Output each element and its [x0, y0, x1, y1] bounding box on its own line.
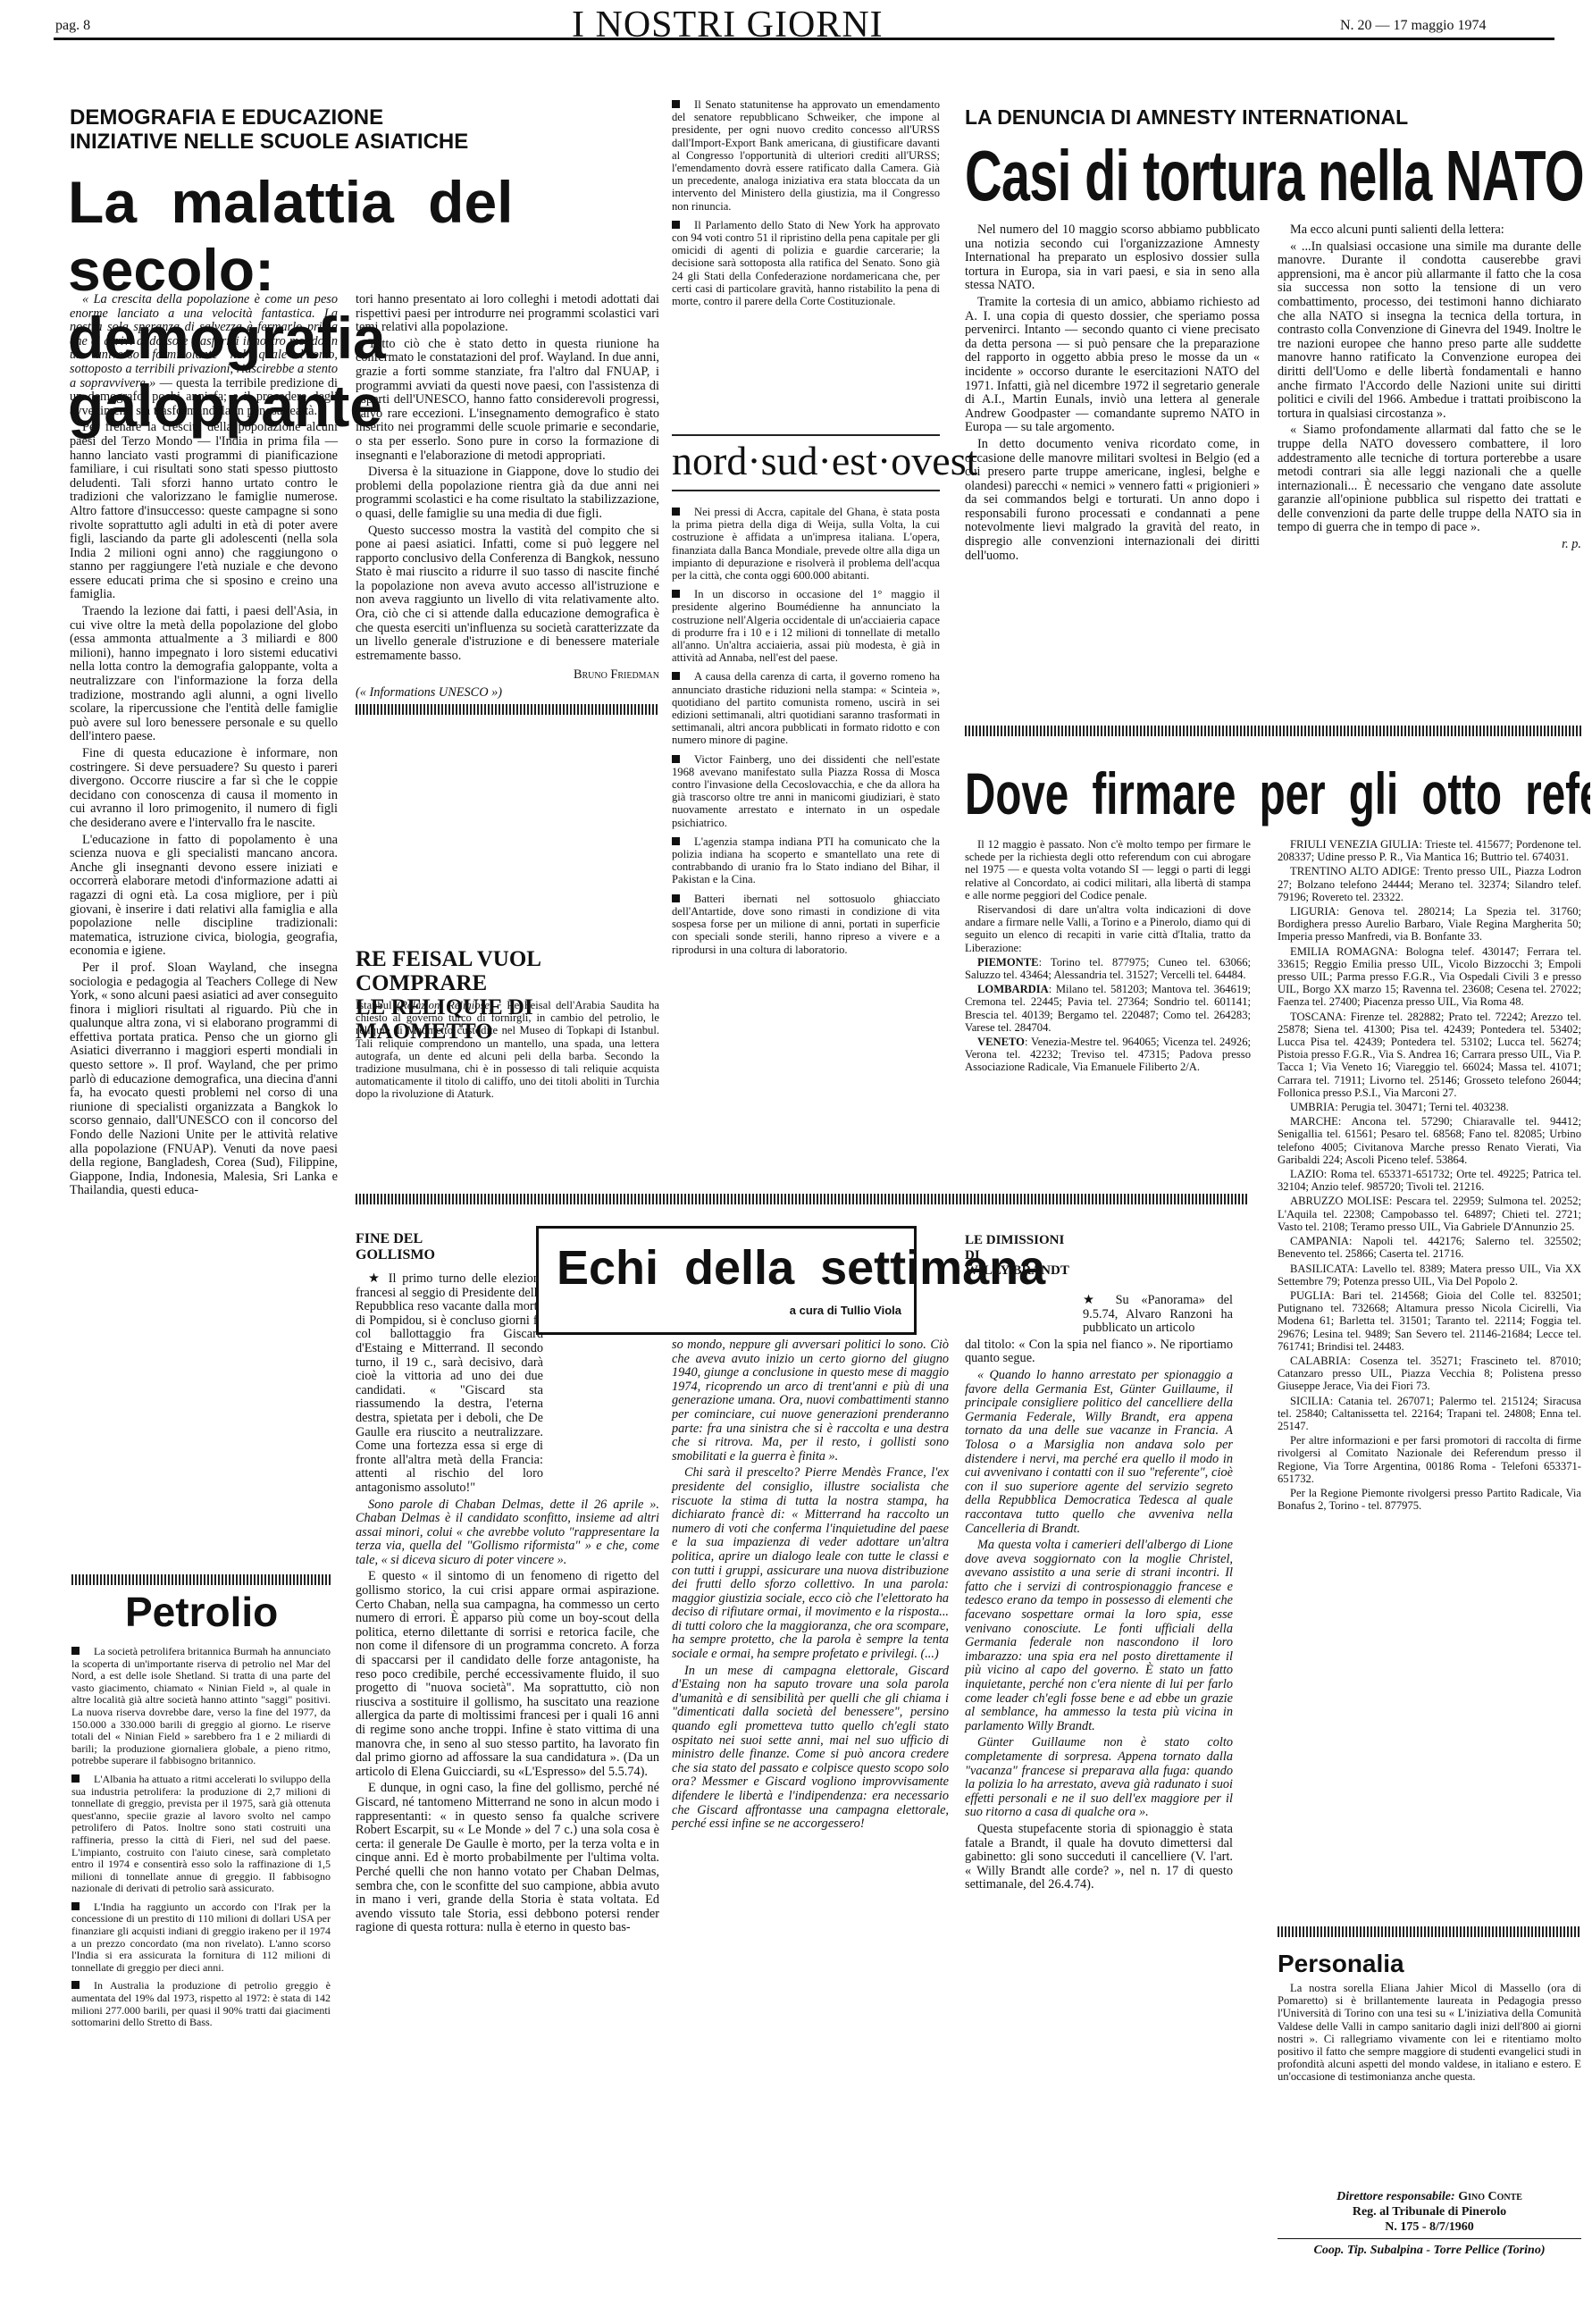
bullet-square-icon [672, 590, 680, 598]
region-item: LOMBARDIA: Milano tel. 581203; Mantova t… [965, 983, 1251, 1034]
section-divider [71, 1574, 331, 1585]
region-item: LAZIO: Roma tel. 653371-651732; Orte tel… [1278, 1168, 1581, 1193]
personalia-body: La nostra sorella Eliana Jahier Micol di… [1278, 1982, 1581, 2090]
echi-title-box: Echi della settimana a cura di Tullio Vi… [536, 1226, 917, 1335]
source-credit: (« Informations UNESCO ») [356, 686, 659, 701]
nord-sud-items: Nei pressi di Accra, capitale del Ghana,… [672, 506, 940, 962]
news-item: Batteri ibernati nel sottosuolo ghiaccia… [672, 893, 940, 956]
echi-column-1: so mondo, neppure gli avversari politici… [672, 1338, 949, 1834]
region-item: LIGURIA: Genova tel. 280214; La Spezia t… [1278, 905, 1581, 944]
author-signature: Bruno Friedman [356, 668, 659, 683]
news-item: L'Albania ha attuato a ritmi accelerati … [71, 1774, 331, 1895]
bullet-square-icon [672, 672, 680, 680]
section-rule [672, 490, 940, 491]
section-rule [672, 434, 940, 436]
page-number: pag. 8 [55, 18, 90, 34]
star-icon: ★ [368, 1271, 382, 1286]
brief-item: Il Parlamento dello Stato di New York ha… [672, 219, 940, 307]
section-divider [356, 1194, 1249, 1204]
bullet-square-icon [672, 755, 680, 763]
colophon: Direttore responsabile: Gino Conte Reg. … [1278, 2189, 1581, 2258]
amnesty-column-1: Nel numero del 10 maggio scorso abbiamo … [965, 223, 1260, 566]
referendum-headline: Dove firmare per gli otto referendum [965, 759, 1590, 827]
referendum-column-1: Il 12 maggio è passato. Non c'è molto te… [965, 838, 1251, 1076]
personalia-title: Personalia [1278, 1950, 1581, 1978]
brandt-body: ★ Su «Panorama» del 9.5.74, Alvaro Ranzo… [965, 1294, 1233, 1895]
bullet-square-icon [672, 837, 680, 845]
petrolio-items: La società petrolifera britannica Burmah… [71, 1646, 331, 2035]
section-divider [356, 704, 659, 715]
region-item: TOSCANA: Firenze tel. 282882; Prato tel.… [1278, 1011, 1581, 1099]
region-item: TRENTINO ALTO ADIGE: Trento presso UIL, … [1278, 865, 1581, 903]
region-item: VENETO: Venezia-Mestre tel. 964065; Vice… [965, 1036, 1251, 1074]
brandt-kicker: LE DIMISSIONI DI WILLY BRANDT [965, 1233, 1081, 1279]
region-item: FRIULI VENEZIA GIULIA: Trieste tel. 4156… [1278, 838, 1581, 863]
bullet-square-icon [71, 1902, 80, 1910]
region-item: EMILIA ROMAGNA: Bologna telef. 430147; F… [1278, 945, 1581, 1009]
region-item: CALABRIA: Cosenza tel. 35271; Frascineto… [1278, 1355, 1581, 1393]
news-item: In Australia la produzione di petrolio g… [71, 1980, 331, 2028]
bullet-square-icon [672, 100, 680, 108]
amnesty-column-2: Ma ecco alcuni punti salienti della lett… [1278, 223, 1581, 552]
colophon-rule [1278, 2238, 1581, 2239]
bullet-square-icon [71, 1647, 80, 1655]
news-item: A causa della carenza di carta, il gover… [672, 670, 940, 746]
feisal-body: Istanbul (Relazioni Religiose) · Re Feis… [356, 999, 659, 1107]
referendum-column-2: FRIULI VENEZIA GIULIA: Trieste tel. 4156… [1278, 838, 1581, 1514]
section-divider [1278, 1926, 1581, 1937]
demografia-column-1: « La crescita della popolazione è come u… [70, 293, 338, 1544]
news-item: In un discorso in occasione del 1° maggi… [672, 588, 940, 664]
region-item: BASILICATA: Lavello tel. 8389; Matera pr… [1278, 1263, 1581, 1288]
amnesty-headline: Casi di tortura nella NATO [965, 136, 1584, 216]
bullet-square-icon [672, 221, 680, 229]
region-item: MARCHE: Ancona tel. 57290; Chiaravalle t… [1278, 1115, 1581, 1166]
nord-sud-title: nord·sud·est·ovest [672, 438, 944, 484]
referendum-headline-wrap: Dove firmare per gli otto referendum [965, 759, 1590, 831]
news-item: L'agenzia stampa indiana PTI ha comunica… [672, 835, 940, 886]
region-item: PIEMONTE: Torino tel. 877975; Cuneo tel.… [965, 956, 1251, 981]
bullet-square-icon [672, 508, 680, 516]
region-item: PUGLIA: Bari tel. 214568; Gioia del Coll… [1278, 1289, 1581, 1353]
bullet-square-icon [71, 1774, 80, 1783]
briefs-top: Il Senato statunitense ha approvato un e… [672, 98, 940, 314]
bullet-square-icon [71, 1981, 80, 1989]
gollismo-body: ★ Il primo turno delle elezioni francesi… [356, 1272, 659, 1938]
gollismo-kicker: FINE DEL GOLLISMO [356, 1231, 463, 1263]
section-divider [965, 726, 1581, 736]
author-initials: r. p. [1278, 538, 1581, 552]
region-item: SICILIA: Catania tel. 267071; Palermo te… [1278, 1395, 1581, 1433]
news-item: L'India ha raggiunto un accordo con l'Ir… [71, 1901, 331, 1975]
demografia-column-2: tori hanno presentato ai loro colleghi i… [356, 293, 659, 715]
masthead-rule [54, 38, 1554, 40]
amnesty-kicker: LA DENUNCIA DI AMNESTY INTERNATIONAL [965, 105, 1581, 130]
star-icon: ★ [1083, 1293, 1103, 1307]
amnesty-headline-wrap: Casi di tortura nella NATO [965, 136, 1590, 216]
petrolio-title: Petrolio [125, 1589, 304, 1635]
echi-byline: a cura di Tullio Viola [790, 1304, 901, 1317]
news-item: La società petrolifera britannica Burmah… [71, 1646, 331, 1767]
region-item: ABRUZZO MOLISE: Pescara tel. 22959; Sulm… [1278, 1195, 1581, 1233]
issue-date: N. 20 — 17 maggio 1974 [1340, 18, 1487, 34]
brief-item: Il Senato statunitense ha approvato un e… [672, 98, 940, 213]
region-item: CAMPANIA: Napoli tel. 442176; Salerno te… [1278, 1235, 1581, 1260]
news-item: Victor Fainberg, uno dei dissidenti che … [672, 753, 940, 829]
region-item: UMBRIA: Perugia tel. 30471; Terni tel. 4… [1278, 1101, 1581, 1113]
news-item: Nei pressi di Accra, capitale del Ghana,… [672, 506, 940, 582]
bullet-square-icon [672, 894, 680, 902]
demografia-kicker: DEMOGRAFIA E EDUCAZIONE INIZIATIVE NELLE… [70, 105, 659, 154]
